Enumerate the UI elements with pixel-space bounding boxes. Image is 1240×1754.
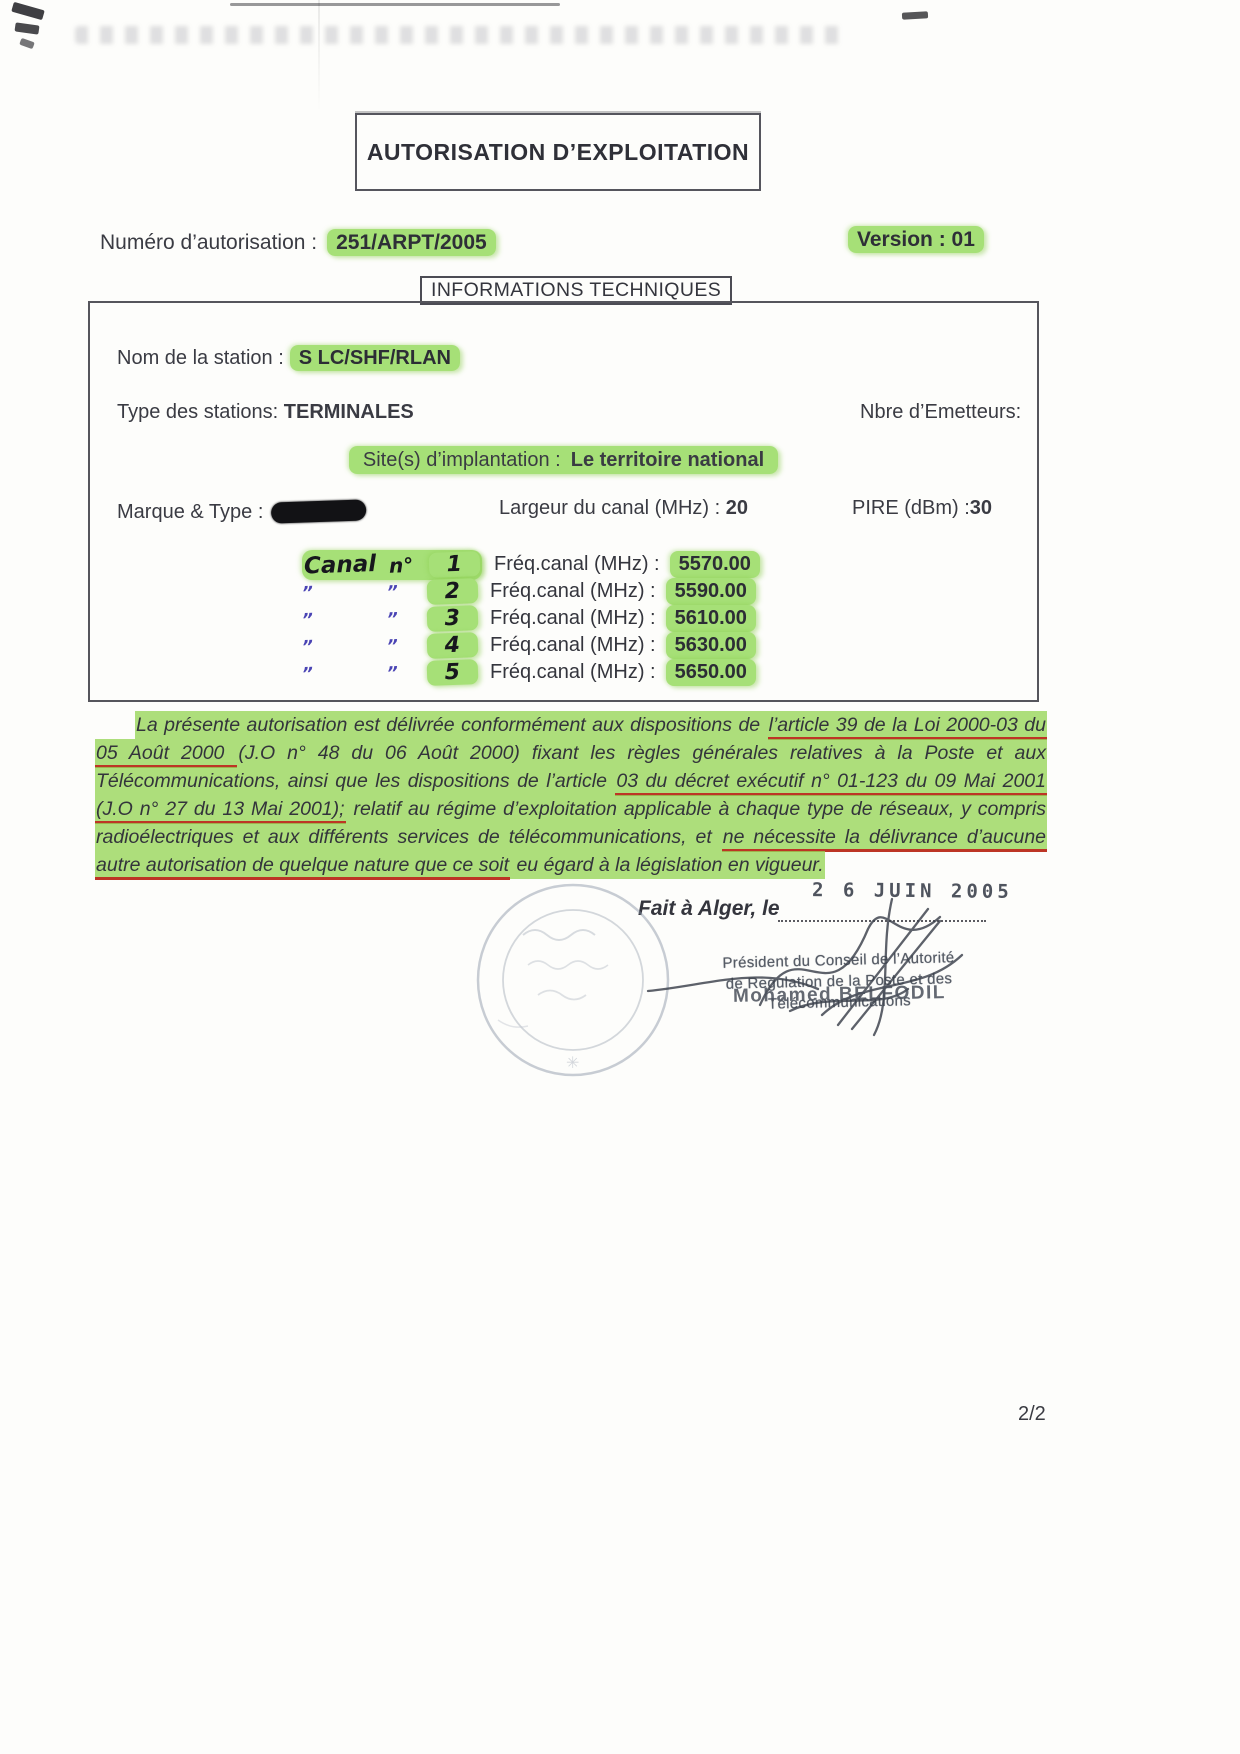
channel-hand-ditto: ” — [387, 662, 428, 683]
freq-value: 5570.00 — [670, 551, 760, 578]
channel-hand-label: ” — [302, 580, 388, 603]
freq-value: 5650.00 — [666, 659, 756, 686]
channel-number: 3 — [427, 605, 478, 632]
freq-value: 5630.00 — [666, 632, 756, 659]
scan-artifact — [19, 38, 35, 49]
freq-label: Fréq.canal (MHz) : — [490, 607, 656, 630]
channel-number: 1 — [429, 551, 480, 578]
channel-hand-ditto: ” — [387, 608, 428, 629]
station-name-row: Nom de la station :S LC/SHF/RLAN — [117, 347, 460, 370]
channel-width-value: 20 — [726, 497, 748, 519]
authorization-number-row: Numéro d’autorisation :251/ARPT/2005 — [100, 231, 496, 255]
svg-text:✳: ✳ — [566, 1055, 579, 1072]
station-name-label: Nom de la station : — [117, 347, 284, 369]
channel-row: ” ” 4 Fréq.canal (MHz) : 5630.00 — [90, 632, 1037, 659]
channel-width-label: Largeur du canal (MHz) : — [499, 497, 720, 519]
pire-value: 30 — [970, 497, 992, 519]
scan-artifact — [14, 22, 39, 34]
scan-smudge — [75, 26, 845, 44]
channel-number: 4 — [427, 632, 478, 659]
brand-row: Marque & Type : — [117, 497, 366, 524]
channel-row: ” ” 3 Fréq.canal (MHz) : 5610.00 — [90, 605, 1037, 632]
brand-label: Marque & Type : — [117, 501, 263, 523]
signer-name: Mohamed BELFODIL — [733, 982, 946, 1008]
channel-hand-ditto: ” — [387, 581, 428, 602]
freq-value: 5610.00 — [666, 605, 756, 632]
station-type-label: Type des stations: — [117, 401, 278, 423]
emitters-label: Nbre d’Emetteurs: — [860, 401, 1021, 424]
page-number: 2/2 — [1018, 1403, 1046, 1426]
auth-number-label: Numéro d’autorisation : — [100, 231, 317, 254]
channel-hand-label: Canal — [304, 550, 390, 579]
scan-artifact — [11, 2, 45, 20]
site-label: Site(s) d’implantation : — [363, 449, 561, 471]
site-row: Site(s) d’implantation :Le territoire na… — [90, 449, 1037, 472]
channel-list: Canal n° 1 Fréq.canal (MHz) : 5570.00 ” … — [90, 551, 1037, 686]
freq-label: Fréq.canal (MHz) : — [490, 661, 656, 684]
scan-artifact — [230, 3, 560, 6]
freq-label: Fréq.canal (MHz) : — [494, 553, 660, 576]
freq-value: 5590.00 — [666, 578, 756, 605]
version-badge: Version : 01 — [848, 228, 984, 252]
station-name-value: S LC/SHF/RLAN — [290, 345, 460, 371]
brand-redaction — [271, 499, 367, 523]
freq-label: Fréq.canal (MHz) : — [490, 580, 656, 603]
scanned-document-page: AUTORISATION D’EXPLOITATION Numéro d’aut… — [0, 0, 1240, 1754]
site-value: Le territoire national — [571, 449, 764, 471]
legal-paragraph: La présente autorisation est délivrée co… — [95, 711, 1047, 879]
channel-number: 5 — [427, 659, 478, 686]
pire-row: PIRE (dBm) :30 — [852, 497, 992, 520]
channel-hand-label: ” — [302, 634, 388, 657]
freq-label: Fréq.canal (MHz) : — [490, 634, 656, 657]
channel-hand-ditto: n° — [388, 552, 429, 577]
channel-number: 2 — [427, 578, 478, 605]
station-info-box: Nom de la station :S LC/SHF/RLAN Type de… — [88, 301, 1039, 702]
legal-segment: La présente autorisation est délivrée co… — [135, 711, 768, 739]
channel-row: ” ” 2 Fréq.canal (MHz) : 5590.00 — [90, 578, 1037, 605]
scan-fold-line — [318, 0, 320, 112]
signature-scribble — [640, 893, 990, 1048]
scan-artifact — [902, 11, 928, 19]
pire-label: PIRE (dBm) : — [852, 497, 970, 519]
station-type-value: TERMINALES — [284, 401, 414, 423]
channel-hand-label: ” — [302, 607, 388, 630]
document-title-box: AUTORISATION D’EXPLOITATION — [355, 113, 761, 191]
channel-width-row: Largeur du canal (MHz) : 20 — [499, 497, 748, 520]
legal-segment: eu égard à la législation en vigueur. — [510, 851, 825, 879]
page-title: AUTORISATION D’EXPLOITATION — [367, 139, 749, 166]
channel-hand-label: ” — [302, 661, 388, 684]
channel-hand-ditto: ” — [387, 635, 428, 656]
channel-row: ” ” 5 Fréq.canal (MHz) : 5650.00 — [90, 659, 1037, 686]
station-type-row: Type des stations: TERMINALES — [117, 401, 414, 424]
channel-row: Canal n° 1 Fréq.canal (MHz) : 5570.00 — [90, 551, 1037, 578]
auth-number-value: 251/ARPT/2005 — [327, 229, 496, 256]
